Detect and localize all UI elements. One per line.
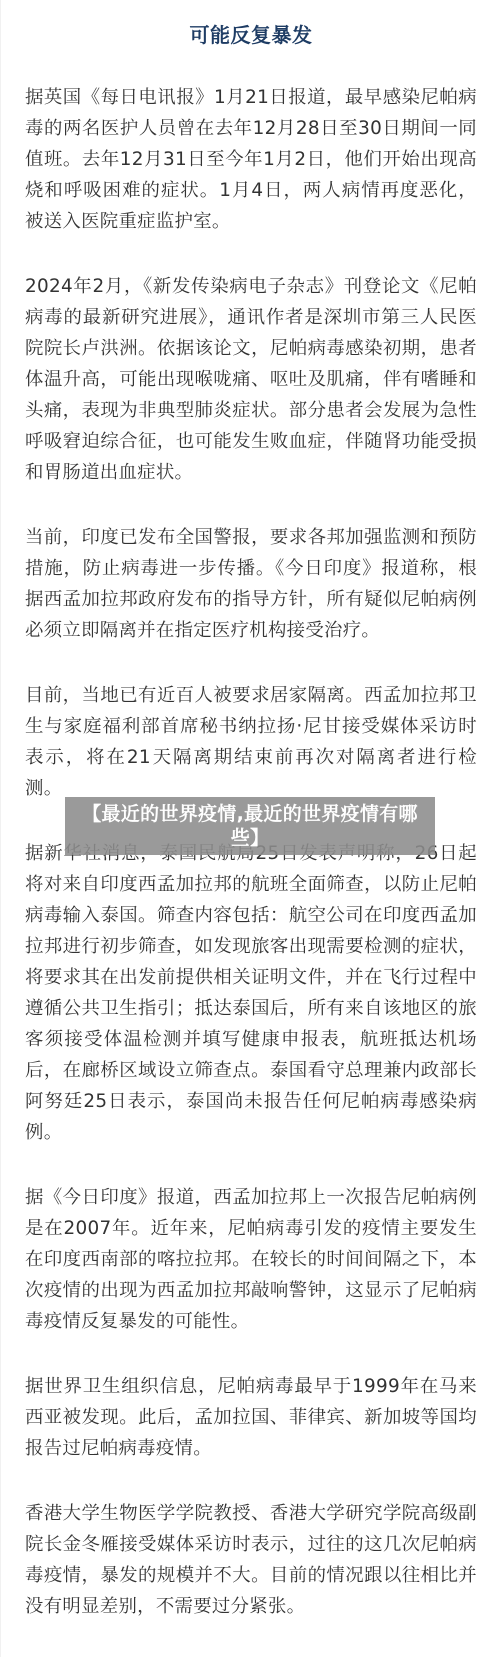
paragraph-6: 据《今日印度》报道，西孟加拉邦上一次报告尼帕病例是在2007年。近年来，尼帕病毒… (25, 1182, 477, 1337)
section-title: 可能反复暴发 (1, 20, 500, 50)
paragraph-7: 据世界卫生组织信息，尼帕病毒最早于1999年在马来西亚被发现。此后，孟加拉国、菲… (25, 1371, 477, 1464)
paragraph-5: 据新华社消息，泰国民航局25日发表声明称，26日起将对来自印度西孟加拉邦的航班全… (25, 838, 477, 1148)
paragraph-1: 据英国《每日电讯报》1月21日报道，最早感染尼帕病毒的两名医护人员曾在去年12月… (25, 82, 477, 237)
paragraph-3: 当前，印度已发布全国警报，要求各邦加强监测和预防措施，防止病毒进一步传播。《今日… (25, 522, 477, 646)
article-page: 可能反复暴发 据英国《每日电讯报》1月21日报道，最早感染尼帕病毒的两名医护人员… (0, 0, 500, 1657)
overlay-title-banner: 【最近的世界疫情,最近的世界疫情有哪些】 (65, 797, 435, 855)
paragraph-8: 香港大学生物医学学院教授、香港大学研究学院高级副院长金冬雁接受媒体采访时表示，过… (25, 1498, 477, 1622)
paragraph-4: 目前，当地已有近百人被要求居家隔离。西孟加拉邦卫生与家庭福利部首席秘书纳拉扬·尼… (25, 680, 477, 804)
paragraph-2: 2024年2月，《新发传染病电子杂志》刊登论文《尼帕病毒的最新研究进展》，通讯作… (25, 271, 477, 488)
